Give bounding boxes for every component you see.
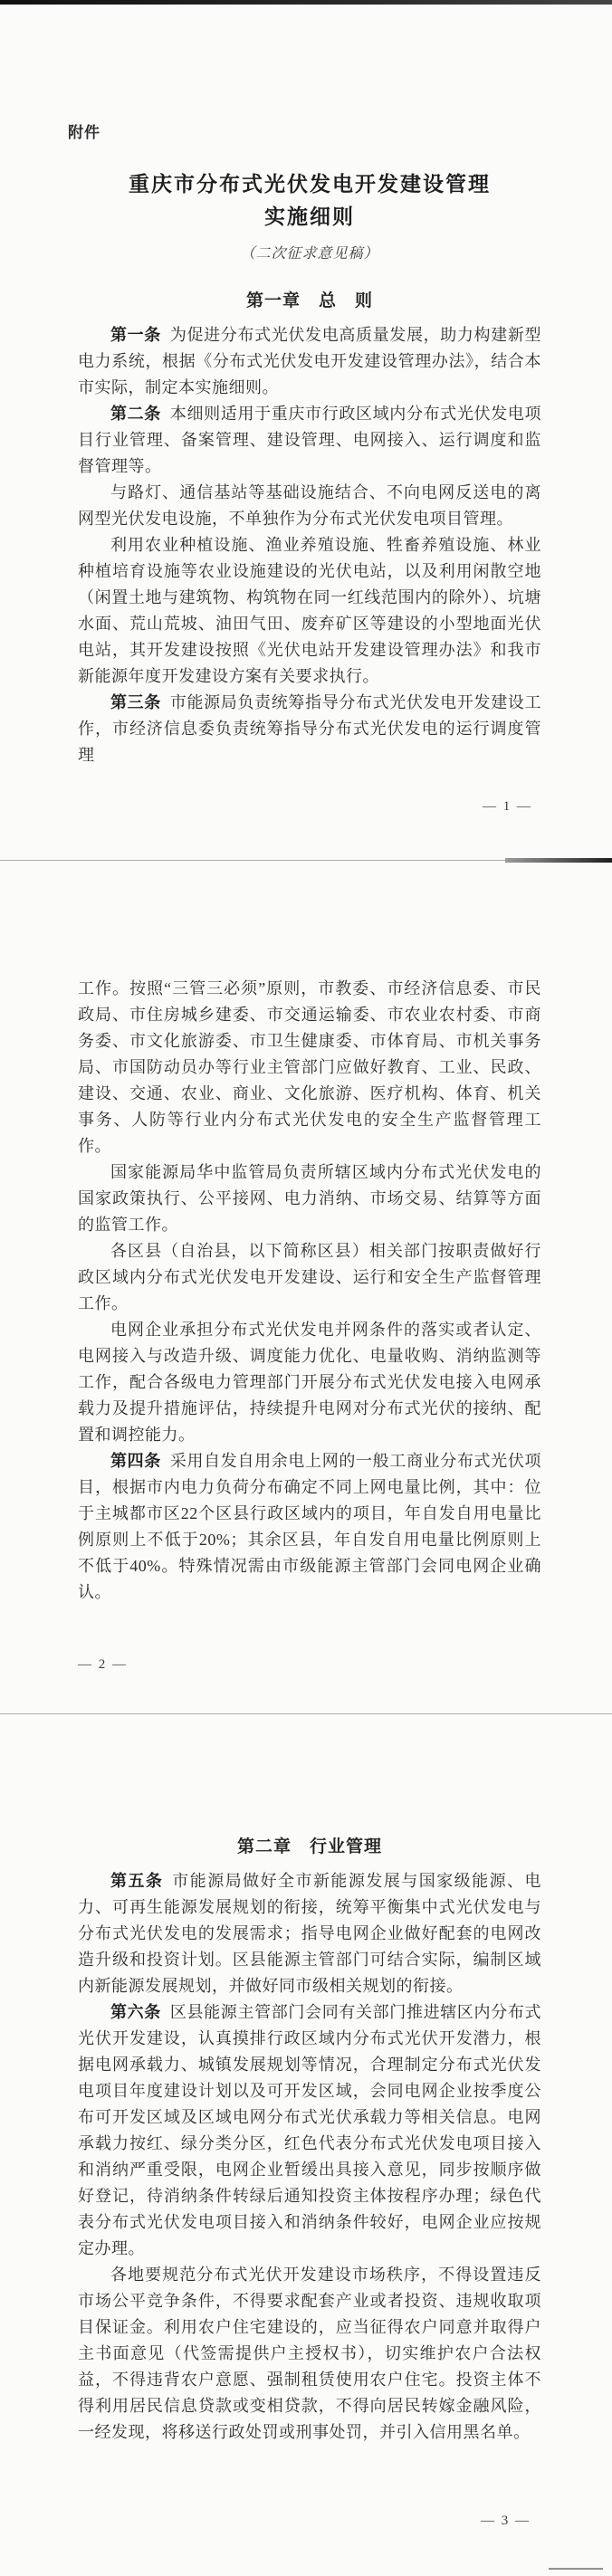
paragraph-text: 工作。按照“三管三必须”原则，市教委、市经济信息委、市民政局、市住房城乡建委、市… [78,979,541,1155]
page-edge-shadow [505,858,612,863]
attachment-label: 附件 [68,119,541,142]
paragraph-offgrid-facilities: 与路灯、通信基站等基础设施结合、不向电网反送电的离网型光伏发电设施，不单独作为分… [78,480,541,532]
paragraph-agricultural-pv: 利用农业种植设施、渔业养殖设施、牲畜养殖设施、林业种植培育设施等农业设施建设的光… [78,532,541,690]
paragraph-text: 采用自发自用余电上网的一般工商业分布式光伏项目，根据市内电力负荷分布确定不同上网… [78,1452,541,1601]
document-title-line-1: 重庆市分布式光伏发电开发建设管理 [78,168,541,201]
article-4-number: 第四条 [110,1452,161,1470]
paragraph-text: 与路灯、通信基站等基础设施结合、不向电网反送电的离网型光伏发电设施，不单独作为分… [78,483,541,528]
article-6-number: 第六条 [110,2003,161,2021]
paragraph-text: 国家能源局华中监管局负责所辖区域内分布式光伏发电的国家政策执行、公平接网、电力消… [78,1163,541,1234]
paragraph-text: 各地要规范分布式光伏开发建设市场秩序，不得设置违反市场公平竞争条件，不得要求配套… [78,2266,541,2441]
page-3-body: 第五条市能源局做好全市新能源发展与国家级能源、电力、可再生能源发展规划的衔接，统… [78,1868,541,2446]
document-page-2: 工作。按照“三管三必须”原则，市教委、市经济信息委、市民政局、市住房城乡建委、市… [0,860,612,1713]
paragraph-grid-enterprises: 电网企业承担分布式光伏发电并网条件的落实或者认定、电网接入与改造升级、调度能力优… [78,1317,541,1448]
paragraph-article-5: 第五条市能源局做好全市新能源发展与国家级能源、电力、可再生能源发展规划的衔接，统… [78,1868,541,1999]
paragraph-article-1: 第一条为促进分布式光伏发电高质量发展，助力构建新型电力系统，根据《分布式光伏发电… [78,322,541,401]
chapter-2-heading: 第二章 行业管理 [78,1833,541,1857]
page-number-2: — 2 — [78,1657,128,1673]
paragraph-national-energy-bureau: 国家能源局华中监管局负责所辖区域内分布式光伏发电的国家政策执行、公平接网、电力消… [78,1159,541,1238]
paragraph-article-4: 第四条采用自发自用余电上网的一般工商业分布式光伏项目，根据市内电力负荷分布确定不… [78,1448,541,1606]
scan-bottom-edge-mark [549,2568,603,2570]
page-1-body: 第一条为促进分布式光伏发电高质量发展，助力构建新型电力系统，根据《分布式光伏发电… [78,322,541,768]
document-page-3: 第二章 行业管理 第五条市能源局做好全市新能源发展与国家级能源、电力、可再生能源… [0,1713,612,2576]
paragraph-text: 区县能源主管部门会同有关部门推进辖区内分布式光伏开发建设，认真摸排行政区域内分布… [78,2003,541,2257]
page-number-3: — 3 — [481,2514,531,2529]
document-subtitle: （二次征求意见稿） [78,242,541,262]
paragraph-article-3-continued: 工作。按照“三管三必须”原则，市教委、市经济信息委、市民政局、市住房城乡建委、市… [78,976,541,1159]
paragraph-text: 利用农业种植设施、渔业养殖设施、牲畜养殖设施、林业种植培育设施等农业设施建设的光… [78,536,541,685]
paragraph-market-order: 各地要规范分布式光伏开发建设市场秩序，不得设置违反市场公平竞争条件，不得要求配套… [78,2262,541,2446]
page-2-body: 工作。按照“三管三必须”原则，市教委、市经济信息委、市民政局、市住房城乡建委、市… [78,976,541,1606]
paragraph-article-6: 第六条区县能源主管部门会同有关部门推进辖区内分布式光伏开发建设，认真摸排行政区域… [78,1999,541,2262]
article-2-number: 第二条 [110,405,161,423]
paragraph-district-counties: 各区县（自治县，以下简称区县）相关部门按职责做好行政区域内分布式光伏发电开发建设… [78,1238,541,1317]
chapter-1-heading: 第一章 总 则 [78,287,541,311]
paragraph-article-2: 第二条本细则适用于重庆市行政区域内分布式光伏发电项目行业管理、备案管理、建设管理… [78,401,541,480]
document-title-line-2: 实施细则 [78,201,541,234]
paragraph-text: 各区县（自治县，以下简称区县）相关部门按职责做好行政区域内分布式光伏发电开发建设… [78,1242,541,1312]
paragraph-text: 市能源局做好全市新能源发展与国家级能源、电力、可再生能源发展规划的衔接，统筹平衡… [78,1872,541,1995]
paragraph-text: 电网企业承担分布式光伏发电并网条件的落实或者认定、电网接入与改造升级、调度能力优… [78,1321,541,1444]
document-title: 重庆市分布式光伏发电开发建设管理 实施细则 [78,168,541,234]
page-number-1: — 1 — [483,799,532,815]
article-1-number: 第一条 [110,326,161,344]
paragraph-article-3: 第三条市能源局负责统筹指导分布式光伏发电开发建设工作，市经济信息委负责统筹指导分… [78,690,541,768]
article-3-number: 第三条 [110,693,161,711]
article-5-number: 第五条 [110,1872,163,1890]
document-page-1: 附件 重庆市分布式光伏发电开发建设管理 实施细则 （二次征求意见稿） 第一章 总… [0,5,612,860]
